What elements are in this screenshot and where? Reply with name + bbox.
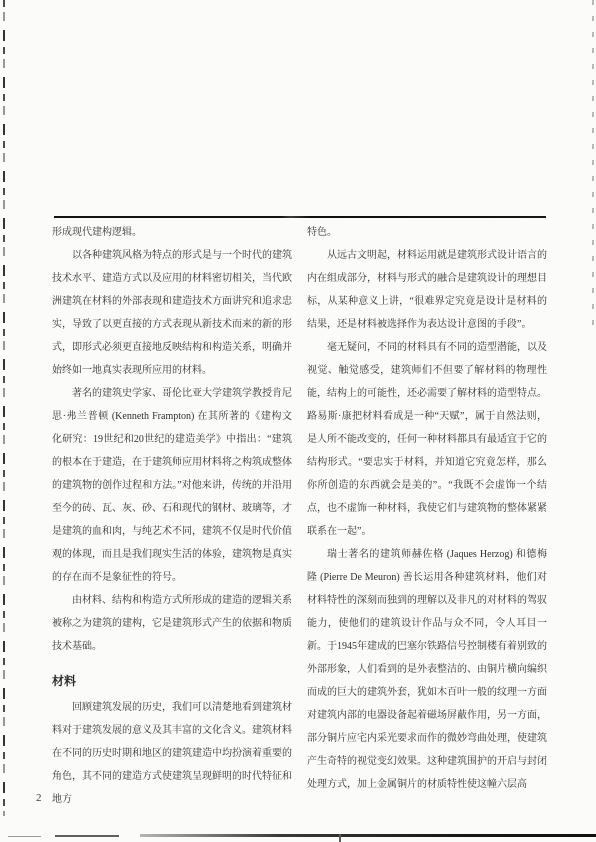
scan-artifact-bottom-line: [8, 836, 41, 837]
scan-artifact-bottom-line: [55, 835, 119, 837]
scan-artifact-bottom-tick: [339, 834, 341, 842]
column-top-rule: [54, 216, 546, 218]
paragraph: 从远古文明起，材料运用就是建筑形式设计语言的内在组成部分，材料与形式的融合是建筑…: [307, 244, 547, 336]
left-column: 形成现代建构逻辑。 以各种建筑风格为特点的形式是与一个时代的建筑技术水平、建造方…: [52, 221, 292, 811]
right-column: 特色。 从远古文明起，材料运用就是建筑形式设计语言的内在组成部分，材料与形式的融…: [307, 221, 547, 796]
paragraph: 以各种建筑风格为特点的形式是与一个时代的建筑技术水平、建造方式以及应用的材料密切…: [52, 244, 292, 382]
scan-artifact-left-edge: [3, 0, 5, 816]
section-heading-materials: 材料: [52, 671, 292, 691]
paragraph: 特色。: [307, 221, 547, 244]
scan-artifact-right-edge: [592, 0, 594, 330]
paragraph: 著名的建筑史学家、哥伦比亚大学建筑学教授肯尼思·弗兰普顿 (Kenneth Fr…: [52, 382, 292, 589]
paragraph: 形成现代建构逻辑。: [52, 221, 292, 244]
paragraph: 由材料、结构和构造方式所形成的建造的逻辑关系被称之为建筑的建构，它是建筑形式产生…: [52, 589, 292, 658]
paragraph: 毫无疑问，不同的材料具有不同的造型潜能，以及视觉、触觉感受，建筑师们不但要了解材…: [307, 336, 547, 543]
paragraph: 回顾建筑发展的历史，我们可以清楚地看到建筑材料对于建筑发展的意义及其丰富的文化含…: [52, 696, 292, 811]
page-number: 2: [36, 792, 42, 804]
document-page: 形成现代建构逻辑。 以各种建筑风格为特点的形式是与一个时代的建筑技术水平、建造方…: [0, 0, 596, 842]
scan-artifact-bottom-line: [140, 834, 596, 837]
paragraph: 瑞士著名的建筑师赫佐格 (Jaques Herzog) 和德梅隆 (Pierre…: [307, 543, 547, 796]
